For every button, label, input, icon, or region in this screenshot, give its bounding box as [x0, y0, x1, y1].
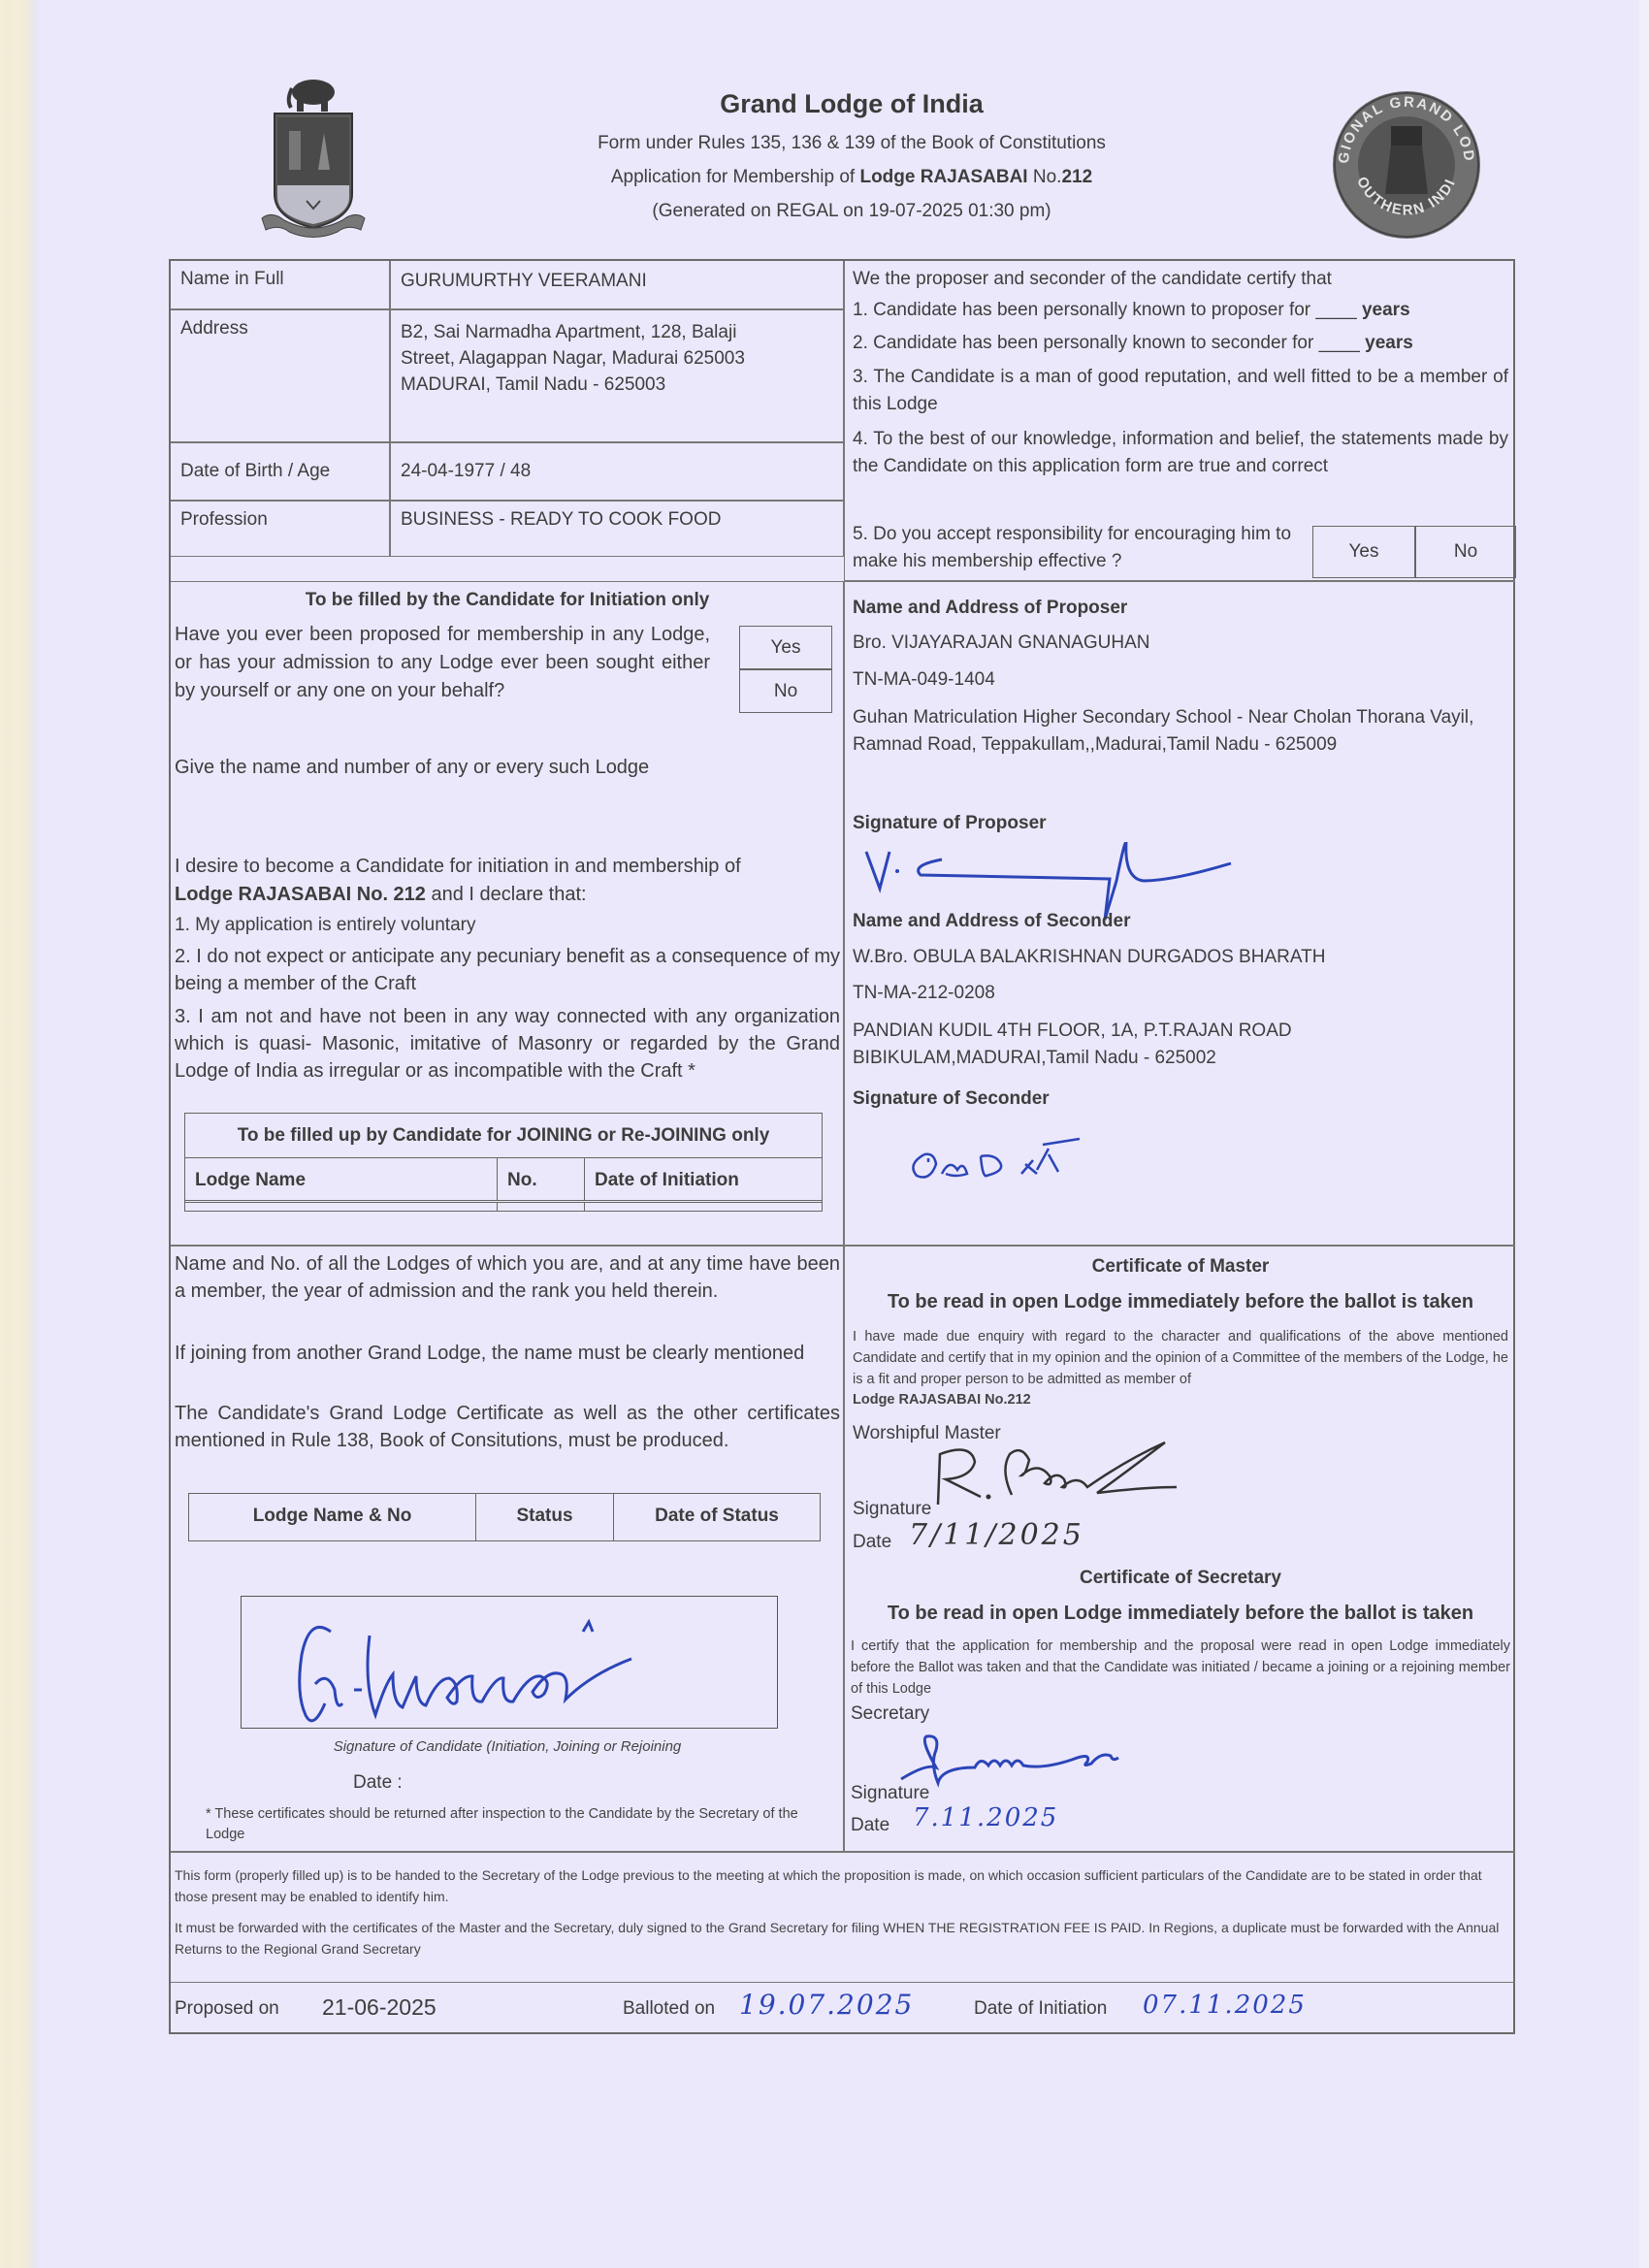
page-title: Grand Lodge of India [464, 89, 1240, 119]
profession-label: Profession [180, 507, 268, 533]
joining-table-heading: To be filled up by Candidate for JOINING… [185, 1114, 822, 1158]
proposer-address: Guhan Matriculation Higher Secondary Sch… [853, 704, 1503, 759]
master-certificate-section: Certificate of Master To be read in open… [844, 1246, 1515, 1566]
candidate-signature-caption: Signature of Candidate (Initiation, Join… [171, 1738, 844, 1755]
seconder-address-line-2: BIBIKULAM,MADURAI,Tamil Nadu - 625002 [853, 1046, 1216, 1071]
certify-item-3: 3. The Candidate is a man of good reputa… [853, 364, 1508, 418]
initiation-heading: To be filled by the Candidate for Initia… [171, 588, 844, 613]
master-signature [932, 1441, 1204, 1513]
dob-value-cell: 24-04-1977 / 48 [390, 442, 844, 501]
proposer-seconder-section: Name and Address of Proposer Bro. VIJAYA… [844, 581, 1515, 1246]
certify-item-2: 2. Candidate has been personally known t… [853, 331, 1508, 356]
desire-lodge-line: Lodge RAJASABAI No. 212 and I declare th… [175, 882, 587, 907]
date-of-initiation-value: 07.11.2025 [1143, 1991, 1307, 2020]
address-line-3[interactable]: MADURAI, Tamil Nadu - 625003 [401, 373, 665, 398]
candidate-signature-date-label: Date : [353, 1772, 403, 1794]
col-date-of-status: Date of Status [614, 1494, 820, 1540]
instructions-section: This form (properly filled up) is to be … [171, 1852, 1515, 1983]
master-cert-heading: Certificate of Master [845, 1254, 1516, 1280]
proposed-on-value: 21-06-2025 [322, 1994, 436, 2021]
address-label: Address [180, 316, 248, 341]
lodge-number: 212 [1061, 167, 1092, 187]
master-date-label: Date [853, 1530, 891, 1555]
grand-lodge-crest-icon [260, 73, 367, 243]
seconder-signature [907, 1135, 1101, 1198]
proposer-name: Bro. VIJAYARAJAN GNANAGUHAN [853, 631, 1150, 656]
secretary-date-value: 7.11.2025 [913, 1803, 1058, 1832]
address-value-cell: B2, Sai Narmadha Apartment, 128, Balaji … [390, 309, 844, 442]
master-cert-body: I have made due enquiry with regard to t… [853, 1326, 1508, 1390]
declaration-1: 1. My application is entirely voluntary [175, 913, 475, 938]
certify-item-1: 1. Candidate has been personally known t… [853, 298, 1508, 323]
paper-edge-right [1639, 0, 1649, 2268]
instructions-para-1: This form (properly filled up) is to be … [175, 1864, 1509, 1907]
balloted-on-value: 19.07.2025 [739, 1989, 914, 2021]
master-cert-subheading: To be read in open Lodge immediately bef… [845, 1289, 1516, 1314]
declaration-3: 3. I am not and have not been in any way… [175, 1003, 840, 1085]
col-status: Status [476, 1494, 614, 1540]
candidate-signature [242, 1597, 779, 1730]
application-form-page: Grand Lodge of India Form under Rules 13… [37, 0, 1639, 2268]
proposed-on-label: Proposed on [175, 1996, 279, 2022]
secretary-cert-subheading: To be read in open Lodge immediately bef… [845, 1601, 1516, 1626]
dob-label: Date of Birth / Age [180, 459, 330, 484]
profession-label-cell: Profession [171, 501, 390, 557]
proposer-heading: Name and Address of Proposer [853, 596, 1127, 621]
paper-edge [0, 0, 37, 2268]
membership-history-section: Name and No. of all the Lodges of which … [171, 1246, 844, 1852]
application-line: Application for Membership of Lodge RAJA… [464, 167, 1240, 188]
declaration-2: 2. I do not expect or anticipate any pec… [175, 943, 840, 997]
seconder-heading: Name and Address of Seconder [853, 909, 1130, 934]
secretary-role-label: Secretary [851, 1701, 929, 1727]
certify-section: We the proposer and seconder of the cand… [844, 261, 1515, 581]
seconder-name: W.Bro. OBULA BALAKRISHNAN DURGADOS BHARA… [853, 945, 1325, 970]
seconder-address-line-1: PANDIAN KUDIL 4TH FLOOR, 1A, P.T.RAJAN R… [853, 1019, 1292, 1044]
secretary-certificate-section: Certificate of Secretary To be read in o… [844, 1566, 1515, 1852]
secretary-signature [897, 1731, 1149, 1794]
address-label-cell: Address [171, 309, 390, 442]
seconder-signature-label: Signature of Seconder [853, 1086, 1050, 1112]
lodge-name: Lodge RAJASABAI [859, 167, 1027, 187]
joining-table-header-row: Lodge Name No. Date of Initiation [185, 1158, 822, 1203]
proposer-reg-no: TN-MA-049-1404 [853, 667, 995, 693]
col-lodge-no: No. [498, 1158, 585, 1200]
col-date-of-initiation: Date of Initiation [585, 1158, 822, 1200]
secretary-date-label: Date [851, 1813, 889, 1838]
certify-item-5: 5. Do you accept responsibility for enco… [853, 521, 1309, 575]
name-value-cell: GURUMURTHY VEERAMANI [390, 261, 844, 309]
form-header: Grand Lodge of India Form under Rules 13… [173, 68, 1531, 252]
regional-grand-lodge-seal-icon: REGIONAL GRAND LODGE SOUTHERN INDIA [1327, 87, 1487, 243]
secretary-cert-heading: Certificate of Secretary [845, 1566, 1516, 1591]
joining-table-empty-row[interactable] [185, 1203, 822, 1211]
proposer-signature-label: Signature of Proposer [853, 811, 1047, 836]
name-label-cell: Name in Full [171, 261, 390, 309]
col-lodge-name: Lodge Name [185, 1158, 498, 1200]
profession-value-cell: BUSINESS - READY TO COOK FOOD [390, 501, 844, 557]
certify-item-4: 4. To the best of our knowledge, informa… [853, 426, 1508, 480]
secretary-cert-body: I certify that the application for membe… [851, 1636, 1510, 1700]
dob-label-cell: Date of Birth / Age [171, 442, 390, 501]
profession-field[interactable]: BUSINESS - READY TO COOK FOOD [401, 507, 721, 533]
seconder-reg-no: TN-MA-212-0208 [853, 981, 995, 1006]
membership-para-3: The Candidate's Grand Lodge Certificate … [175, 1400, 840, 1454]
membership-application-form: Name in Full GURUMURTHY VEERAMANI Addres… [169, 259, 1515, 2034]
prior-proposal-question: Have you ever been proposed for membersh… [175, 621, 710, 705]
col-lodge-name-no: Lodge Name & No [189, 1494, 476, 1540]
give-lodge-name-label: Give the name and number of any or every… [175, 755, 649, 780]
initiation-section: To be filled by the Candidate for Initia… [171, 581, 844, 1246]
name-field[interactable]: GURUMURTHY VEERAMANI [401, 269, 647, 294]
certificates-footnote: * These certificates should be returned … [206, 1804, 807, 1845]
joining-table: To be filled up by Candidate for JOINING… [184, 1113, 823, 1212]
certify-intro: We the proposer and seconder of the cand… [853, 267, 1332, 292]
form-rules-subtitle: Form under Rules 135, 136 & 139 of the B… [464, 133, 1240, 154]
instructions-para-2: It must be forwarded with the certificat… [175, 1917, 1509, 1960]
dob-field[interactable]: 24-04-1977 / 48 [401, 459, 531, 484]
membership-para-1: Name and No. of all the Lodges of which … [175, 1250, 840, 1305]
master-date-value: 7/11/2025 [909, 1518, 1084, 1552]
generated-timestamp: (Generated on REGAL on 19-07-2025 01:30 … [464, 201, 1240, 222]
encourage-no-box[interactable]: No [1415, 526, 1516, 578]
membership-table: Lodge Name & No Status Date of Status [188, 1493, 821, 1541]
header-text: Grand Lodge of India Form under Rules 13… [464, 89, 1240, 235]
balloted-on-label: Balloted on [623, 1996, 715, 2022]
dates-footer: Proposed on 21-06-2025 Balloted on 19.07… [171, 1983, 1515, 2034]
candidate-signature-box[interactable] [241, 1596, 778, 1729]
address-line-2[interactable]: Street, Alagappan Nagar, Madurai 625003 [401, 346, 745, 372]
master-cert-lodge: Lodge RAJASABAI No.212 [853, 1390, 1031, 1410]
date-of-initiation-label: Date of Initiation [974, 1996, 1107, 2022]
membership-para-2: If joining from another Grand Lodge, the… [175, 1340, 840, 1367]
prior-proposal-yes-box[interactable]: Yes [739, 626, 832, 669]
prior-proposal-no-box[interactable]: No [739, 669, 832, 713]
address-line-1[interactable]: B2, Sai Narmadha Apartment, 128, Balaji [401, 320, 736, 345]
desire-line: I desire to become a Candidate for initi… [175, 854, 840, 879]
encourage-yes-box[interactable]: Yes [1312, 526, 1415, 578]
name-label: Name in Full [180, 267, 284, 292]
